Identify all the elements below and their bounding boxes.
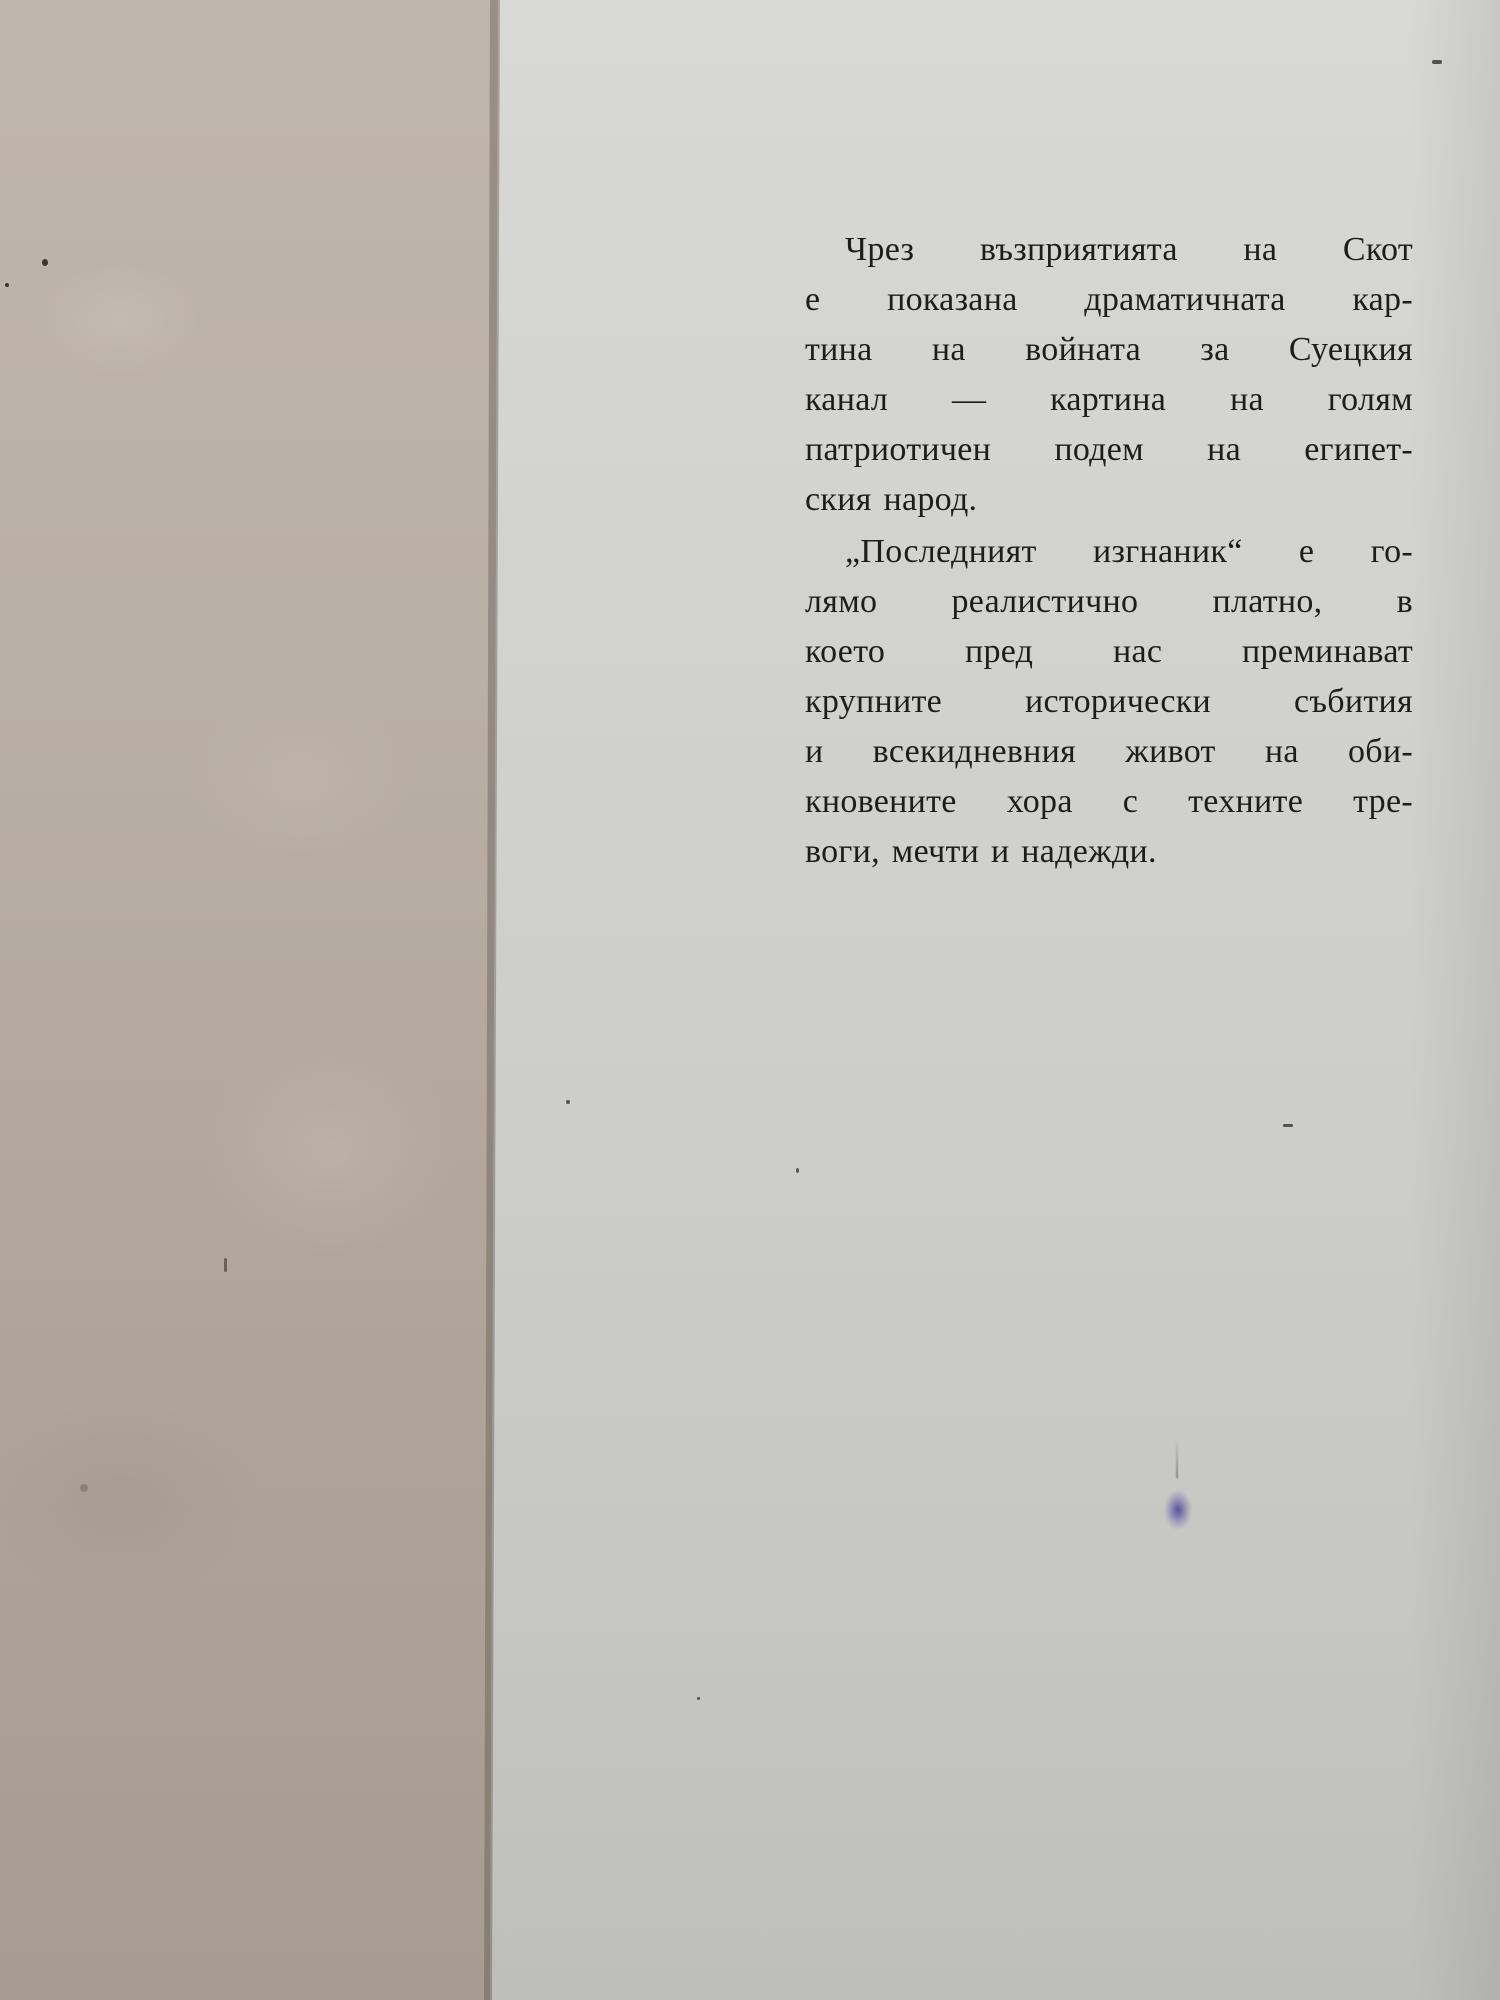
text-line: патриотичен подем на египет- xyxy=(805,425,1413,475)
text-line: лямо реалистично платно, в xyxy=(805,577,1413,627)
board-speck xyxy=(42,259,48,266)
text-line: кновените хора с техните тре- xyxy=(805,777,1413,827)
text-line: и всекидневния живот на оби- xyxy=(805,727,1413,777)
board-speck xyxy=(5,283,9,287)
text-line: „Последният изгнаник“ е го- xyxy=(805,527,1413,577)
page-speck xyxy=(566,1100,570,1104)
text-line: тина на войната за Суецкия xyxy=(805,325,1413,375)
body-text: Чрез възприятията на Скот е показана дра… xyxy=(805,225,1413,877)
cover-board xyxy=(0,0,500,2000)
page-speck xyxy=(697,1697,700,1700)
text-line: канал — картина на голям xyxy=(805,375,1413,425)
page-speck xyxy=(796,1168,799,1173)
page-speck xyxy=(1432,60,1442,64)
text-line: е показана драматичната кар- xyxy=(805,275,1413,325)
text-line: воги, мечти и надежди. xyxy=(805,827,1413,877)
board-speck xyxy=(224,1258,227,1272)
ink-stamp-mark xyxy=(1160,1478,1196,1538)
page-speck xyxy=(1283,1124,1293,1127)
paragraph-1: Чрез възприятията на Скот е показана дра… xyxy=(805,225,1413,525)
text-line: което пред нас преминават xyxy=(805,627,1413,677)
text-line: ския народ. xyxy=(805,475,1413,525)
text-line: Чрез възприятията на Скот xyxy=(805,225,1413,275)
paragraph-2: „Последният изгнаник“ е го- лямо реалист… xyxy=(805,527,1413,877)
text-line: крупните исторически събития xyxy=(805,677,1413,727)
board-speck xyxy=(80,1484,88,1492)
